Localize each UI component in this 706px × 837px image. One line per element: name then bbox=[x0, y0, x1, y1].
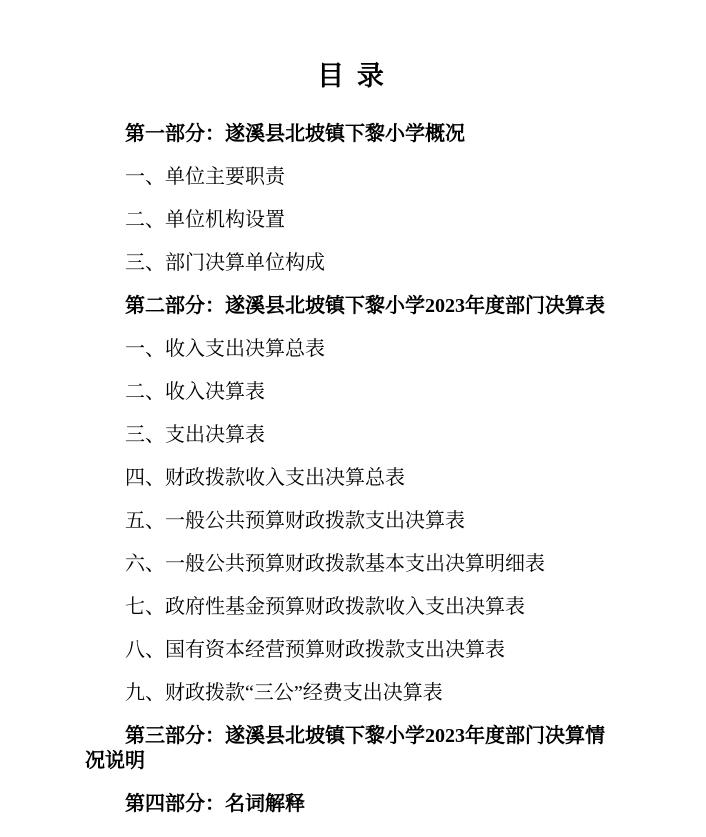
toc-entry: 二、单位机构设置 bbox=[85, 208, 616, 233]
toc-section-heading: 第一部分：遂溪县北坡镇下黎小学概况 bbox=[85, 122, 616, 147]
toc-entry: 八、国有资本经营预算财政拨款支出决算表 bbox=[85, 638, 616, 663]
toc-entry: 九、财政拨款“三公”经费支出决算表 bbox=[85, 681, 616, 706]
toc-entry: 二、收入决算表 bbox=[85, 380, 616, 405]
toc-section-heading: 第二部分：遂溪县北坡镇下黎小学2023年度部门决算表 bbox=[85, 294, 616, 319]
toc-entry: 七、政府性基金预算财政拨款收入支出决算表 bbox=[85, 595, 616, 620]
toc-section-heading: 第四部分：名词解释 bbox=[85, 792, 616, 817]
document-page: 目 录 第一部分：遂溪县北坡镇下黎小学概况一、单位主要职责二、单位机构设置三、部… bbox=[0, 0, 706, 837]
toc-entry: 六、一般公共预算财政拨款基本支出决算明细表 bbox=[85, 552, 616, 577]
toc-title: 目 录 bbox=[85, 56, 616, 96]
toc-entry: 四、财政拨款收入支出决算总表 bbox=[85, 466, 616, 491]
toc-section-heading: 第三部分：遂溪县北坡镇下黎小学2023年度部门决算情况说明 bbox=[85, 724, 616, 774]
toc-list: 第一部分：遂溪县北坡镇下黎小学概况一、单位主要职责二、单位机构设置三、部门决算单… bbox=[85, 122, 616, 817]
toc-entry: 三、支出决算表 bbox=[85, 423, 616, 448]
toc-entry: 五、一般公共预算财政拨款支出决算表 bbox=[85, 509, 616, 534]
toc-entry: 三、部门决算单位构成 bbox=[85, 251, 616, 276]
toc-entry: 一、单位主要职责 bbox=[85, 165, 616, 190]
toc-entry: 一、收入支出决算总表 bbox=[85, 337, 616, 362]
